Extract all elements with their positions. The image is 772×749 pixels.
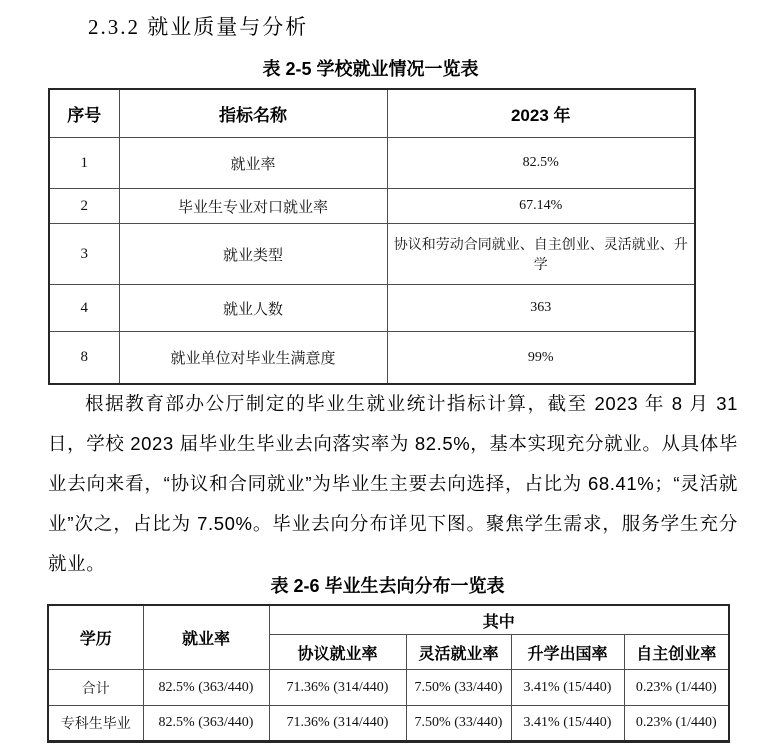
table-cell: 99% (387, 332, 695, 385)
table-cell: 71.36% (314/440) (269, 706, 406, 742)
graduate-destination-table: 学历 就业率 其中 协议就业率 灵活就业率 升学出国率 自主创业率 合计 82.… (47, 604, 730, 743)
table1-title: 表 2-5 学校就业情况一览表 (48, 57, 693, 81)
table-cell: 82.5% (387, 138, 695, 189)
table-cell: 71.36% (314/440) (269, 670, 406, 706)
table-cell: 协议和劳动合同就业、自主创业、灵活就业、升学 (387, 224, 695, 285)
table-row: 4 就业人数 363 (49, 285, 695, 332)
table-cell: 就业率 (119, 138, 387, 189)
table-cell: 3.41% (15/440) (511, 706, 624, 742)
table-cell: 3 (49, 224, 119, 285)
table-cell: 就业类型 (119, 224, 387, 285)
column-header-degree: 学历 (48, 605, 143, 670)
table-cell: 0.23% (1/440) (624, 706, 729, 742)
column-header-among: 其中 (269, 605, 729, 635)
table-cell: 1 (49, 138, 119, 189)
table-cell: 7.50% (33/440) (406, 706, 511, 742)
table-cell: 7.50% (33/440) (406, 670, 511, 706)
table-cell: 0.23% (1/440) (624, 670, 729, 706)
table-cell: 专科生毕业 (48, 706, 143, 742)
table-cell: 363 (387, 285, 695, 332)
column-header-employment-rate: 就业率 (143, 605, 269, 670)
employment-overview-table: 序号 指标名称 2023 年 1 就业率 82.5% 2 毕业生专业对口就业率 … (48, 88, 696, 385)
table-header-row: 学历 就业率 其中 (48, 605, 729, 635)
table-cell: 2 (49, 189, 119, 224)
table2-title: 表 2-6 毕业生去向分布一览表 (47, 574, 728, 598)
column-header-year: 2023 年 (387, 89, 695, 138)
table-cell: 4 (49, 285, 119, 332)
table-row: 专科生毕业 82.5% (363/440) 71.36% (314/440) 7… (48, 706, 729, 742)
table-cell: 3.41% (15/440) (511, 670, 624, 706)
table-cell: 82.5% (363/440) (143, 706, 269, 742)
document-page: 2.3.2 就业质量与分析 表 2-5 学校就业情况一览表 序号 指标名称 20… (0, 0, 772, 749)
analysis-paragraph: 根据教育部办公厅制定的毕业生就业统计指标计算，截至 2023 年 8 月 31 … (48, 384, 738, 584)
table-cell: 就业人数 (119, 285, 387, 332)
table-cell: 67.14% (387, 189, 695, 224)
column-header-further-study-rate: 升学出国率 (511, 635, 624, 670)
table-header-row: 序号 指标名称 2023 年 (49, 89, 695, 138)
table-row: 8 就业单位对毕业生满意度 99% (49, 332, 695, 385)
table-row: 2 毕业生专业对口就业率 67.14% (49, 189, 695, 224)
table-cell: 毕业生专业对口就业率 (119, 189, 387, 224)
column-header-self-employment-rate: 自主创业率 (624, 635, 729, 670)
column-header-indicator: 指标名称 (119, 89, 387, 138)
table-cell: 8 (49, 332, 119, 385)
table-cell: 就业单位对毕业生满意度 (119, 332, 387, 385)
table-row: 3 就业类型 协议和劳动合同就业、自主创业、灵活就业、升学 (49, 224, 695, 285)
column-header-flexible-rate: 灵活就业率 (406, 635, 511, 670)
column-header-agreement-rate: 协议就业率 (269, 635, 406, 670)
column-header-index: 序号 (49, 89, 119, 138)
table-row: 1 就业率 82.5% (49, 138, 695, 189)
section-heading: 2.3.2 就业质量与分析 (88, 12, 308, 42)
table-cell: 合计 (48, 670, 143, 706)
table-row: 合计 82.5% (363/440) 71.36% (314/440) 7.50… (48, 670, 729, 706)
table-cell: 82.5% (363/440) (143, 670, 269, 706)
